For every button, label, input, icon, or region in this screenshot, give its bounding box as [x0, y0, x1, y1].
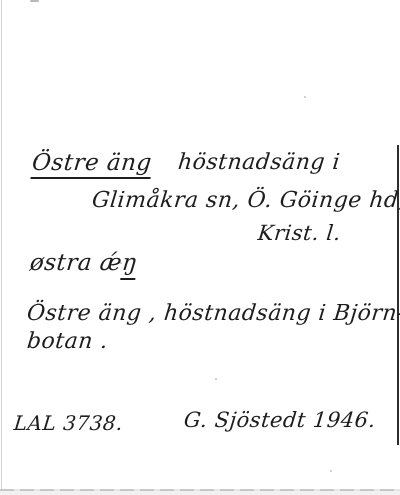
- headword-place-name: Östre äng: [30, 150, 153, 179]
- recorder-signature-and-year: G. Sjöstedt 1946.: [183, 408, 377, 432]
- card-left-edge-line: [1, 0, 2, 495]
- scan-speck: [330, 470, 332, 472]
- accession-number: LAL 3738.: [13, 411, 125, 435]
- scan-speck: [215, 378, 217, 380]
- county-abbreviation: Krist. l.: [257, 221, 342, 245]
- scan-speck: [30, 0, 39, 2]
- description-line-1: Östre äng , höstnadsäng i Björn-: [26, 301, 400, 326]
- parish-and-district-line: Glimåkra sn, Ö. Göinge hd,: [91, 188, 400, 213]
- archive-card: Östre äng höstnadsäng i Glimåkra sn, Ö. …: [0, 0, 400, 495]
- phonetic-transcription-main: østra ǽ: [29, 250, 124, 276]
- scan-margin: [0, 491, 400, 495]
- scan-speck: [304, 96, 306, 98]
- description-line-2: botan .: [26, 329, 110, 354]
- headword-description: höstnadsäng i: [177, 150, 342, 175]
- phonetic-transcription: østra ǽŋ: [29, 250, 139, 276]
- phonetic-transcription-eng: ŋ: [120, 250, 138, 280]
